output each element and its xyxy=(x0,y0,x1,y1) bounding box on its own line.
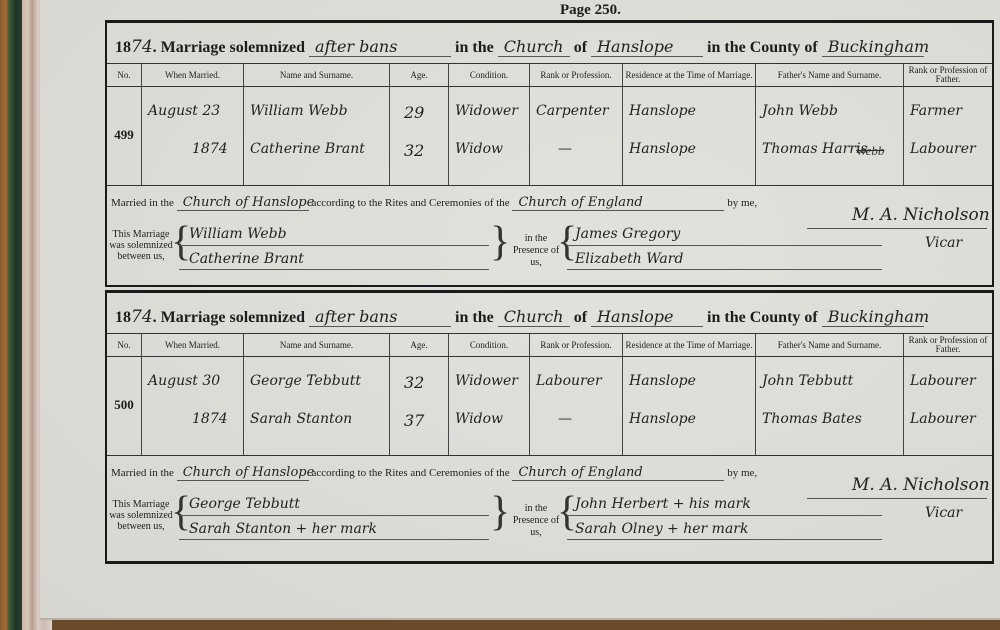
when-married-line-2: 1874 xyxy=(192,141,228,157)
cell-condition: WidowerWidow xyxy=(449,85,530,185)
cell-when-married: August 231874 xyxy=(142,85,244,185)
column-header: Rank or Profession of Father. xyxy=(904,64,992,86)
year-prefix: 18 xyxy=(115,309,131,326)
column-header: When Married. xyxy=(142,334,244,356)
married-in-the: Married in the xyxy=(111,467,174,479)
column-header: Age. xyxy=(390,64,449,86)
cell-residence: HanslopeHanslope xyxy=(623,355,756,455)
father-name-line-2: Thomas Bates xyxy=(762,411,862,427)
officiant-signature: M. A. Nicholson xyxy=(852,475,990,495)
parish: Hanslope xyxy=(591,307,703,327)
married-in-line: Married in the Church of Hanslope accord… xyxy=(111,465,757,481)
signature-2: Sarah Stanton + her mark xyxy=(189,521,377,537)
marriage-solemnized: . Marriage solemnized xyxy=(153,309,305,326)
column-headers: No.When Married.Name and Surname.Age.Con… xyxy=(107,333,992,357)
father-rank-line-2: Labourer xyxy=(910,411,976,427)
residence-line-1: Hanslope xyxy=(629,103,696,119)
officiant-line xyxy=(807,498,987,499)
county: Buckingham xyxy=(822,307,924,327)
cell-age: 3237 xyxy=(390,355,449,455)
condition-line-1: Widower xyxy=(455,103,518,119)
column-header: Name and Surname. xyxy=(244,64,390,86)
entry-row: 500August 301874George TebbuttSarah Stan… xyxy=(107,355,992,456)
age-line-2: 32 xyxy=(404,141,424,160)
rank-or-profession-line-2: — xyxy=(558,411,572,427)
married-in-the: Married in the xyxy=(111,197,174,209)
cell-when-married: August 301874 xyxy=(142,355,244,455)
in-the-county-of: in the County of xyxy=(707,309,818,326)
cell-father-rank: LabourerLabourer xyxy=(904,355,992,455)
cell-rank-or-profession: Carpenter— xyxy=(530,85,623,185)
married-in: Church of Hanslope xyxy=(177,195,309,211)
name-and-surname-line-2: Catherine Brant xyxy=(250,141,365,157)
column-header: Rank or Profession. xyxy=(530,64,623,86)
this-marriage-label: This Marriage was solemnized between us, xyxy=(109,499,173,532)
rites: Church of England xyxy=(512,465,724,481)
cell-residence: HanslopeHanslope xyxy=(623,85,756,185)
parish: Hanslope xyxy=(591,37,703,57)
cell-age: 2932 xyxy=(390,85,449,185)
father-name-line-2: Thomas Harris xyxy=(762,141,868,157)
cell-name-and-surname: William WebbCatherine Brant xyxy=(244,85,390,185)
residence-line-1: Hanslope xyxy=(629,373,696,389)
marriage-solemnized: . Marriage solemnized xyxy=(153,39,305,56)
age-line-2: 37 xyxy=(404,411,424,430)
name-and-surname-line-1: George Tebbutt xyxy=(250,373,361,389)
officiant-title: Vicar xyxy=(925,235,962,251)
in-the-county-of: in the County of xyxy=(707,39,818,56)
of: of xyxy=(574,309,587,326)
when-married-line-1: August 30 xyxy=(148,373,220,389)
rank-or-profession-line-1: Carpenter xyxy=(536,103,609,119)
cell-father-rank: FarmerLabourer xyxy=(904,85,992,185)
officiant-line xyxy=(807,228,987,229)
in-the: in the xyxy=(455,39,494,56)
column-header: Father's Name and Surname. xyxy=(756,64,904,86)
column-headers: No.When Married.Name and Surname.Age.Con… xyxy=(107,63,992,87)
signature-1: George Tebbutt xyxy=(189,496,300,512)
age-line-1: 29 xyxy=(404,103,424,122)
condition-line-2: Widow xyxy=(455,141,503,157)
witness-2: Sarah Olney + her mark xyxy=(575,521,748,537)
right-brace: } xyxy=(490,221,510,263)
condition-line-1: Widower xyxy=(455,373,518,389)
column-header: Rank or Profession of Father. xyxy=(904,334,992,356)
presence-label: in the Presence of us, xyxy=(511,233,561,269)
father-name-line-1: John Webb xyxy=(762,103,838,119)
officiant-title: Vicar xyxy=(925,505,962,521)
age-line-1: 32 xyxy=(404,373,424,392)
according-to: according to the Rites and Ceremonies of… xyxy=(311,197,509,209)
solemnized-by: after bans xyxy=(309,37,451,57)
rank-or-profession-line-2: — xyxy=(558,141,572,157)
father-rank-line-1: Farmer xyxy=(910,103,962,119)
cell-name-and-surname: George TebbuttSarah Stanton xyxy=(244,355,390,455)
column-header: Age. xyxy=(390,334,449,356)
by-me: by me, xyxy=(727,467,757,479)
column-header: Rank or Profession. xyxy=(530,334,623,356)
entry-row: 499August 231874William WebbCatherine Br… xyxy=(107,85,992,186)
of: of xyxy=(574,39,587,56)
year-prefix: 18 xyxy=(115,39,131,56)
cell-entry-number: 499 xyxy=(107,85,142,185)
book-spine xyxy=(0,0,22,630)
entry-headline: 1874. Marriage solemnized after bans in … xyxy=(115,37,924,57)
father-rank-line-1: Labourer xyxy=(910,373,976,389)
father-rank-line-2: Labourer xyxy=(910,141,976,157)
condition-line-2: Widow xyxy=(455,411,503,427)
signature-2: Catherine Brant xyxy=(189,251,304,267)
column-header: Residence at the Time of Marriage. xyxy=(623,64,756,86)
name-and-surname-line-2: Sarah Stanton xyxy=(250,411,352,427)
rites: Church of England xyxy=(512,195,724,211)
column-header: Residence at the Time of Marriage. xyxy=(623,334,756,356)
presence-label: in the Presence of us, xyxy=(511,503,561,539)
column-header: Name and Surname. xyxy=(244,334,390,356)
witness-1: John Herbert + his mark xyxy=(575,496,751,512)
struck-surname: Webb xyxy=(856,143,884,159)
column-header: No. xyxy=(107,64,142,86)
column-header: When Married. xyxy=(142,64,244,86)
rank-or-profession-line-1: Labourer xyxy=(536,373,602,389)
marriage-entry-500: 1874. Marriage solemnized after bans in … xyxy=(105,290,994,564)
by-me: by me, xyxy=(727,197,757,209)
cell-entry-number: 500 xyxy=(107,355,142,455)
cell-rank-or-profession: Labourer— xyxy=(530,355,623,455)
when-married-line-1: August 23 xyxy=(148,103,220,119)
married-in-line: Married in the Church of Hanslope accord… xyxy=(111,195,757,211)
column-header: Condition. xyxy=(449,334,530,356)
cell-father-name: John WebbThomas HarrisWebb xyxy=(756,85,904,185)
year-suffix: 74 xyxy=(131,37,153,57)
married-in: Church of Hanslope xyxy=(177,465,309,481)
according-to: according to the Rites and Ceremonies of… xyxy=(311,467,509,479)
marriage-entry-499: 1874. Marriage solemnized after bans in … xyxy=(105,20,994,287)
church-type: Church xyxy=(498,37,570,57)
solemnized-by: after bans xyxy=(309,307,451,327)
witness-2: Elizabeth Ward xyxy=(575,251,683,267)
name-and-surname-line-1: William Webb xyxy=(250,103,348,119)
church-type: Church xyxy=(498,307,570,327)
entry-headline: 1874. Marriage solemnized after bans in … xyxy=(115,307,924,327)
column-header: No. xyxy=(107,334,142,356)
page-number: Page 250. xyxy=(560,2,621,19)
witness-1: James Gregory xyxy=(575,226,680,242)
column-header: Condition. xyxy=(449,64,530,86)
column-header: Father's Name and Surname. xyxy=(756,334,904,356)
residence-line-2: Hanslope xyxy=(629,141,696,157)
right-brace: } xyxy=(490,491,510,533)
in-the: in the xyxy=(455,309,494,326)
when-married-line-2: 1874 xyxy=(192,411,228,427)
year-suffix: 74 xyxy=(131,307,153,327)
signature-1: William Webb xyxy=(189,226,287,242)
cell-father-name: John TebbuttThomas Bates xyxy=(756,355,904,455)
cell-condition: WidowerWidow xyxy=(449,355,530,455)
county: Buckingham xyxy=(822,37,924,57)
this-marriage-label: This Marriage was solemnized between us, xyxy=(109,229,173,262)
residence-line-2: Hanslope xyxy=(629,411,696,427)
father-name-line-1: John Tebbutt xyxy=(762,373,853,389)
officiant-signature: M. A. Nicholson xyxy=(852,205,990,225)
